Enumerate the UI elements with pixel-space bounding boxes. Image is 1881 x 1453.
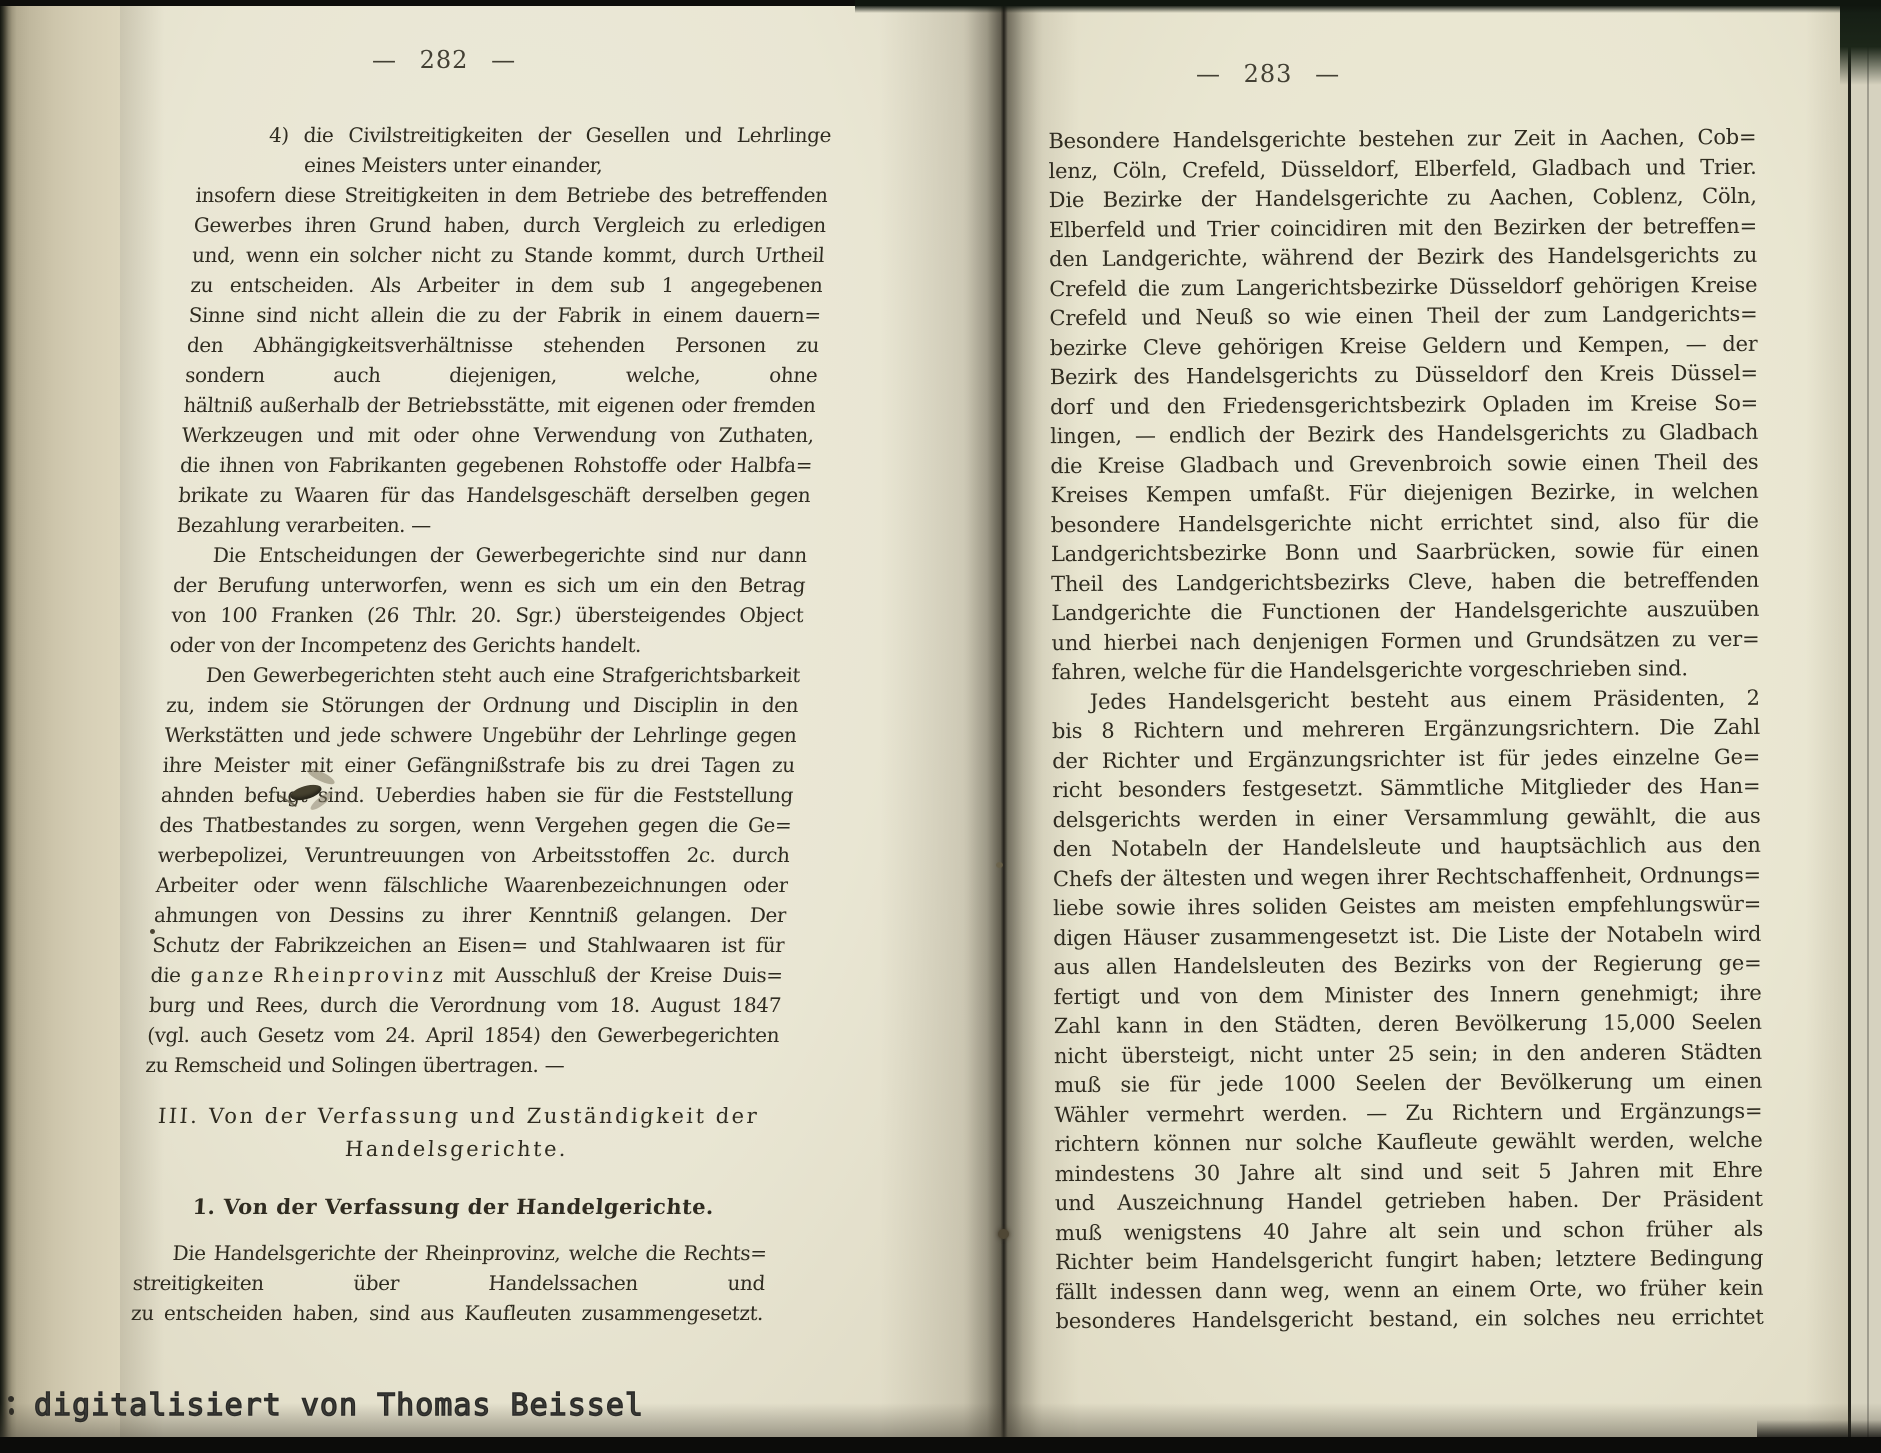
text-line: Besondere Handelsgerichte bestehen zur Z… <box>1048 123 1756 157</box>
text-line: bezirke Cleve gehörigen Kreise Geldern u… <box>1050 329 1758 363</box>
text-line: des Thatbestandes zu sorgen, wenn Vergeh… <box>158 810 792 840</box>
text-line: den Notabeln der Handelsleute und haupts… <box>1053 831 1761 865</box>
page-left-text-block: 4) die Civilstreitigkeiten der Gesellen … <box>130 120 832 1328</box>
fly-speck <box>276 770 338 824</box>
text-line: Landgerichtsbezirke Bonn und Saarbrücken… <box>1051 536 1759 570</box>
binding-speck <box>996 862 1003 868</box>
text-line: eines Meisters unter einander, <box>197 150 831 180</box>
text-line <box>143 1080 776 1100</box>
text-line: lenz, Cöln, Crefeld, Düsseldorf, Elberfe… <box>1048 152 1756 186</box>
text-line: Landgerichte die Functionen der Handelsg… <box>1051 595 1759 629</box>
text-line: den Abhängigkeitsverhältnisse stehenden … <box>186 330 820 360</box>
page-number-left: — 282 — <box>372 46 516 74</box>
text-line: (vgl. auch Gesetz vom 24. April 1854) de… <box>146 1020 780 1050</box>
text-line: Wähler vermehrt werden. — Zu Richtern un… <box>1054 1096 1762 1130</box>
text-line: fertigt und von dem Minister des Innern … <box>1054 978 1762 1012</box>
text-line: den Landgerichte, während der Bezirk des… <box>1049 241 1757 275</box>
text-line <box>136 1222 769 1238</box>
text-line: mindestens 30 Jahre alt sind und seit 5 … <box>1055 1155 1763 1189</box>
book-right-edge <box>1848 0 1881 1453</box>
text-line: Crefeld die zum Langerichtsbezirke Düsse… <box>1049 270 1757 304</box>
text-line <box>138 1166 771 1192</box>
text-line: Bezahlung verarbeiten. — <box>176 510 810 540</box>
text-line: hältniß außerhalb der Betriebsstätte, mi… <box>183 390 817 420</box>
text-line: liebe sowie ihres soliden Geistes am mei… <box>1053 890 1761 924</box>
text-line: Gewerbes ihren Grund haben, durch Vergle… <box>193 210 827 240</box>
text-line: werbepolizei, Veruntreuungen von Arbeits… <box>157 840 791 870</box>
text-line: muß wenigstens 40 Jahre alt sein und sch… <box>1055 1214 1763 1248</box>
text-line: Den Gewerbegerichten steht auch eine Str… <box>167 660 801 690</box>
text-line: digen Häuser zusammengesetzt ist. Die Li… <box>1053 919 1761 953</box>
text-line: die ihnen von Fabrikanten gegebenen Rohs… <box>179 450 813 480</box>
text-line: besonderes Handelsgericht bestand, ein s… <box>1056 1303 1764 1337</box>
page-right-text-block: Besondere Handelsgerichte bestehen zur Z… <box>1048 123 1763 1337</box>
text-line: die g a n z e R h e i n p r o v i n z mi… <box>150 960 784 990</box>
text-line: Werkstätten und jede schwere Ungebühr de… <box>164 720 798 750</box>
text-line: und, wenn ein solcher nicht zu Stande ko… <box>191 240 825 270</box>
text-line: Jedes Handelsgericht besteht aus einem P… <box>1052 683 1760 717</box>
cover-corner-bottom-right <box>1757 1420 1881 1453</box>
text-line: und hierbei nach denjenigen Formen und G… <box>1051 624 1759 658</box>
book-left-edge <box>0 0 120 1453</box>
page-number-right: — 283 — <box>1196 60 1340 88</box>
text-line: der Berufung unterworfen, wenn es sich u… <box>172 570 806 600</box>
text-line: Die Entscheidungen der Gewerbegerichte s… <box>174 540 808 570</box>
text-line: Crefeld und Neuß so wie einen Theil der … <box>1049 300 1757 334</box>
text-line: von 100 Franken (26 Thlr. 20. Sgr.) über… <box>171 600 805 630</box>
text-line: und Auszeichnung Handel getrieben haben.… <box>1055 1185 1763 1219</box>
text-line: Sinne sind nicht allein die zu der Fabri… <box>188 300 822 330</box>
text-line: brikate zu Waaren für das Handelsgeschäf… <box>178 480 812 510</box>
text-line: 4) die Civilstreitigkeiten der Gesellen … <box>198 120 832 150</box>
paper-speck <box>8 1396 14 1402</box>
text-line: 1. Von der Verfassung der Handelgerichte… <box>136 1192 770 1222</box>
text-line: muß sie für jede 1000 Seelen der Bevölke… <box>1054 1067 1762 1101</box>
text-line: zu entscheiden haben, sind aus Kaufleute… <box>130 1298 764 1328</box>
text-line: ahnden befugt sind. Ueberdies haben sie … <box>160 780 794 810</box>
text-line: sondern auch diejenigen, welche, ohne Di… <box>184 360 818 390</box>
text-line: Die Handelsgerichte der Rheinprovinz, we… <box>134 1238 768 1268</box>
text-line: lingen, — endlich der Bezirk des Handels… <box>1050 418 1758 452</box>
text-line: zu, indem sie Störungen der Ordnung und … <box>165 690 799 720</box>
text-line: burg und Rees, durch die Verordnung vom … <box>148 990 782 1020</box>
text-line: Die Bezirke der Handelsgerichte zu Aache… <box>1049 182 1757 216</box>
text-line: Werkzeugen und mit oder ohne Verwendung … <box>181 420 815 450</box>
text-line: richt besonders festgesetzt. Sämmtliche … <box>1052 772 1760 806</box>
text-line: Chefs der ältesten und wegen ihrer Recht… <box>1053 860 1761 894</box>
text-line: ahmungen von Dessins zu ihrer Kenntniß g… <box>153 900 787 930</box>
text-line: Bezirk des Handelsgerichts zu Düsseldorf… <box>1050 359 1758 393</box>
cover-strip-top-right <box>855 0 1881 13</box>
text-line: zu Remscheid und Solingen übertragen. — <box>145 1050 779 1080</box>
text-line: fahren, welche für die Handelsgerichte v… <box>1052 654 1760 688</box>
text-line: Arbeiter oder wenn fälschliche Waarenbez… <box>155 870 789 900</box>
text-line: der Richter und Ergänzungsrichter ist fü… <box>1052 742 1760 776</box>
text-line: insofern diese Streitigkeiten in dem Bet… <box>195 180 829 210</box>
text-line: besondere Handelsgerichte nicht errichte… <box>1051 506 1759 540</box>
text-line: Schutz der Fabrikzeichen an Eisen= und S… <box>152 930 786 960</box>
text-line: Elberfeld und Trier coincidiren mit den … <box>1049 211 1757 245</box>
text-line: die Kreise Gladbach und Grevenbroich sow… <box>1050 447 1758 481</box>
text-line: zu entscheiden. Als Arbeiter in dem sub … <box>190 270 824 300</box>
text-line: aus allen Handelsleuten des Bezirks von … <box>1053 949 1761 983</box>
text-line: nicht übersteigt, nicht unter 25 sein; i… <box>1054 1037 1762 1071</box>
text-line: III. Von der Verfassung und Zuständigkei… <box>142 1100 776 1133</box>
cover-strip-bottom <box>0 1437 1881 1453</box>
text-line: bis 8 Richtern und mehreren Ergänzungsri… <box>1052 713 1760 747</box>
text-line: Theil des Landgerichtsbezirks Cleve, hab… <box>1051 565 1759 599</box>
text-line: streitigkeiten über Handelssachen und We… <box>132 1268 766 1298</box>
paper-speck <box>150 929 155 934</box>
text-line: Richter beim Handelsgericht fungirt habe… <box>1055 1244 1763 1278</box>
text-line: oder von der Incompetenz des Gerichts ha… <box>169 630 803 660</box>
book-scan: — 282 — — 283 — 4) die Civilstreitigkeit… <box>0 0 1881 1453</box>
binding-speck <box>998 1229 1009 1239</box>
text-line: richtern können nur solche Kaufleute gew… <box>1054 1126 1762 1160</box>
paper-speck <box>9 1408 14 1415</box>
text-line: Zahl kann in den Städten, deren Bevölker… <box>1054 1008 1762 1042</box>
text-line: Handelsgerichte. <box>140 1133 774 1166</box>
text-line: delsgerichts werden in einer Versammlung… <box>1052 801 1760 835</box>
text-line: fällt indessen dann weg, wenn an einem O… <box>1055 1273 1763 1307</box>
text-line: ihre Meister mit einer Gefängnißstrafe b… <box>162 750 796 780</box>
digitization-watermark: digitalisiert von Thomas Beissel <box>34 1388 644 1423</box>
text-line: Kreises Kempen umfaßt. Für diejenigen Be… <box>1050 477 1758 511</box>
text-line: dorf und den Friedensgerichtsbezirk Opla… <box>1050 388 1758 422</box>
